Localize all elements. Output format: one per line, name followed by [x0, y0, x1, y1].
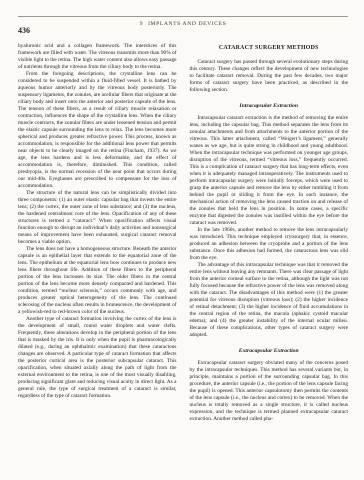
- running-header: 9IMPLANTS AND DEVICES: [18, 21, 348, 27]
- running-title: IMPLANTS AND DEVICES: [148, 21, 226, 27]
- header-rule: [18, 16, 348, 17]
- paragraph: From the foregoing descriptions, the cry…: [18, 71, 177, 190]
- paragraph: The advantage of this intracapsular tech…: [190, 262, 349, 339]
- subsection-heading-extracapsular: Extracapsular Extraction: [190, 347, 349, 355]
- paragraph: hyaluronic acid and a collagen framework…: [18, 43, 177, 71]
- text-columns: hyaluronic acid and a collagen framework…: [18, 43, 348, 423]
- subsection-heading-intracapsular: Intracapsular Extraction: [190, 102, 349, 110]
- page-number: 436: [18, 26, 30, 35]
- page-header: 436 9IMPLANTS AND DEVICES: [18, 20, 348, 31]
- paragraph: Intracapsular cataract extraction is the…: [190, 115, 349, 227]
- book-page: 436 9IMPLANTS AND DEVICES hyaluronic aci…: [0, 0, 364, 480]
- paragraph: Another type of cataract formation invol…: [18, 316, 177, 400]
- paragraph: In the late 1960s, another method to rem…: [190, 227, 349, 262]
- right-column: CATARACT SURGERY METHODS Cataract surger…: [190, 43, 349, 423]
- paragraph: The structure of the natural lens can be…: [18, 190, 177, 246]
- left-column: hyaluronic acid and a collagen framework…: [18, 43, 177, 423]
- chapter-number: 9: [140, 21, 143, 27]
- paragraph: Extracapsular cataract surgery obviated …: [190, 360, 349, 423]
- section-heading: CATARACT SURGERY METHODS: [190, 44, 349, 52]
- paragraph: Cataract surgery has passed through seve…: [190, 59, 349, 94]
- paragraph: The lens does not have a homogeneous str…: [18, 246, 177, 316]
